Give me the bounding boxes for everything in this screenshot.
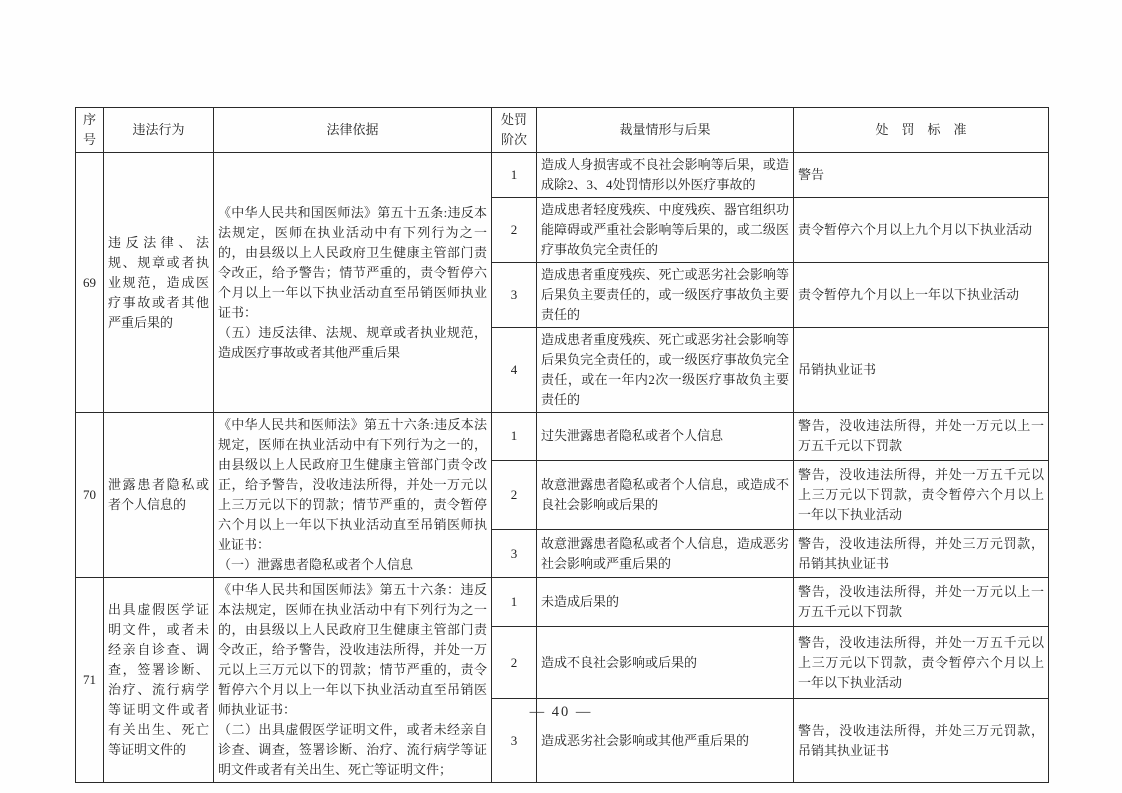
- column-header-circumstance: 裁量情形与后果: [537, 108, 794, 153]
- cell-penalty-standard: 责令暂停九个月以上一年以下执业活动: [794, 263, 1049, 328]
- cell-penalty-standard: 警告，没收违法所得，并处一万元以上一万五千元以下罚款: [794, 413, 1049, 461]
- cell-circumstance: 造成患者轻度残疾、中度残疾、器官组织功能障碍或严重社会影响等后果的，或二级医疗事…: [537, 198, 794, 263]
- cell-penalty-standard: 警告，没收违法所得，并处一万元以上一万五千元以下罚款: [794, 578, 1049, 627]
- column-header-violation: 违法行为: [104, 108, 214, 153]
- cell-legal-basis: 《中华人民共和医师法》第五十六条:违反本法规定，医师在执业活动中有下列行为之一的…: [214, 413, 492, 578]
- page-number: — 40 —: [0, 704, 1122, 721]
- cell-penalty-standard: 警告，没收违法所得，并处一万五千元以上三万元以下罚款，责令暂停六个月以上一年以下…: [794, 460, 1049, 530]
- cell-penalty-level: 2: [492, 627, 537, 699]
- cell-penalty-standard: 警告，没收违法所得，并处三万元罚款，吊销其执业证书: [794, 530, 1049, 578]
- cell-penalty-standard: 警告，没收违法所得，并处一万五千元以上三万元以下罚款，责令暂停六个月以上一年以下…: [794, 627, 1049, 699]
- column-header-legal-basis: 法律依据: [214, 108, 492, 153]
- cell-circumstance: 过失泄露患者隐私或者个人信息: [537, 413, 794, 461]
- cell-violation: 违反法律、法规、规章或者执业规范，造成医疗事故或者其他严重后果的: [104, 153, 214, 413]
- penalty-discretion-table: 序 号 违法行为 法律依据 处罚 阶次 裁量情形与后果 处 罚 标 准 69 违…: [75, 107, 1049, 783]
- column-header-penalty-standard: 处 罚 标 准: [794, 108, 1049, 153]
- cell-serial-number: 71: [76, 578, 104, 783]
- cell-penalty-level: 3: [492, 530, 537, 578]
- table-row: 71 出具虚假医学证明文件，或者未经亲自诊查、调查，签署诊断、治疗、流行病学等证…: [76, 578, 1049, 627]
- cell-penalty-standard: 警告: [794, 153, 1049, 198]
- cell-legal-basis: 《中华人民共和国医师法》第五十六条：违反本法规定，医师在执业活动中有下列行为之一…: [214, 578, 492, 783]
- cell-legal-basis: 《中华人民共和国医师法》第五十五条:违反本法规定，医师在执业活动中有下列行为之一…: [214, 153, 492, 413]
- cell-penalty-standard: 责令暂停六个月以上九个月以下执业活动: [794, 198, 1049, 263]
- column-header-penalty-level: 处罚 阶次: [492, 108, 537, 153]
- cell-penalty-level: 4: [492, 328, 537, 413]
- cell-penalty-level: 1: [492, 413, 537, 461]
- table-header-row: 序 号 违法行为 法律依据 处罚 阶次 裁量情形与后果 处 罚 标 准: [76, 108, 1049, 153]
- cell-serial-number: 69: [76, 153, 104, 413]
- cell-circumstance: 未造成后果的: [537, 578, 794, 627]
- cell-penalty-level: 3: [492, 263, 537, 328]
- cell-circumstance: 故意泄露患者隐私或者个人信息，或造成不良社会影响或后果的: [537, 460, 794, 530]
- cell-violation: 出具虚假医学证明文件，或者未经亲自诊查、调查，签署诊断、治疗、流行病学等证明文件…: [104, 578, 214, 783]
- cell-circumstance: 故意泄露患者隐私或者个人信息，造成恶劣社会影响或严重后果的: [537, 530, 794, 578]
- cell-circumstance: 造成不良社会影响或后果的: [537, 627, 794, 699]
- cell-penalty-level: 1: [492, 578, 537, 627]
- column-header-serial-number: 序 号: [76, 108, 104, 153]
- cell-penalty-standard: 吊销执业证书: [794, 328, 1049, 413]
- cell-violation: 泄露患者隐私或者个人信息的: [104, 413, 214, 578]
- document-page: 序 号 违法行为 法律依据 处罚 阶次 裁量情形与后果 处 罚 标 准 69 违…: [0, 0, 1122, 793]
- cell-circumstance: 造成患者重度残疾、死亡或恶劣社会影响等后果负完全责任的，或一级医疗事故负完全责任…: [537, 328, 794, 413]
- cell-serial-number: 70: [76, 413, 104, 578]
- cell-penalty-level: 1: [492, 153, 537, 198]
- cell-circumstance: 造成人身损害或不良社会影响等后果，或造成除2、3、4处罚情形以外医疗事故的: [537, 153, 794, 198]
- cell-circumstance: 造成患者重度残疾、死亡或恶劣社会影响等后果负主要责任的，或一级医疗事故负主要责任…: [537, 263, 794, 328]
- table-row: 69 违反法律、法规、规章或者执业规范，造成医疗事故或者其他严重后果的 《中华人…: [76, 153, 1049, 198]
- table-row: 70 泄露患者隐私或者个人信息的 《中华人民共和医师法》第五十六条:违反本法规定…: [76, 413, 1049, 461]
- cell-penalty-level: 2: [492, 460, 537, 530]
- cell-penalty-level: 2: [492, 198, 537, 263]
